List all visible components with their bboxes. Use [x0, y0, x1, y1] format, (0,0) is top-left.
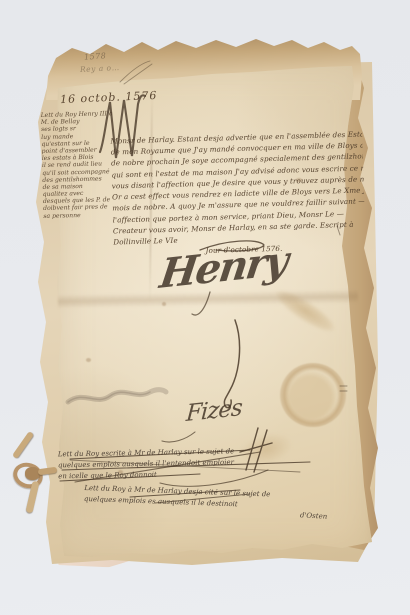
twine-strand — [12, 431, 34, 459]
manuscript-sheet — [52, 56, 374, 562]
twine-knot — [25, 467, 40, 480]
manuscript-photo: 1578 Rey a o… 16 octob. 1576 Lett du Roy… — [0, 0, 410, 615]
twine-loop — [10, 459, 46, 492]
twine-tail — [25, 481, 39, 514]
